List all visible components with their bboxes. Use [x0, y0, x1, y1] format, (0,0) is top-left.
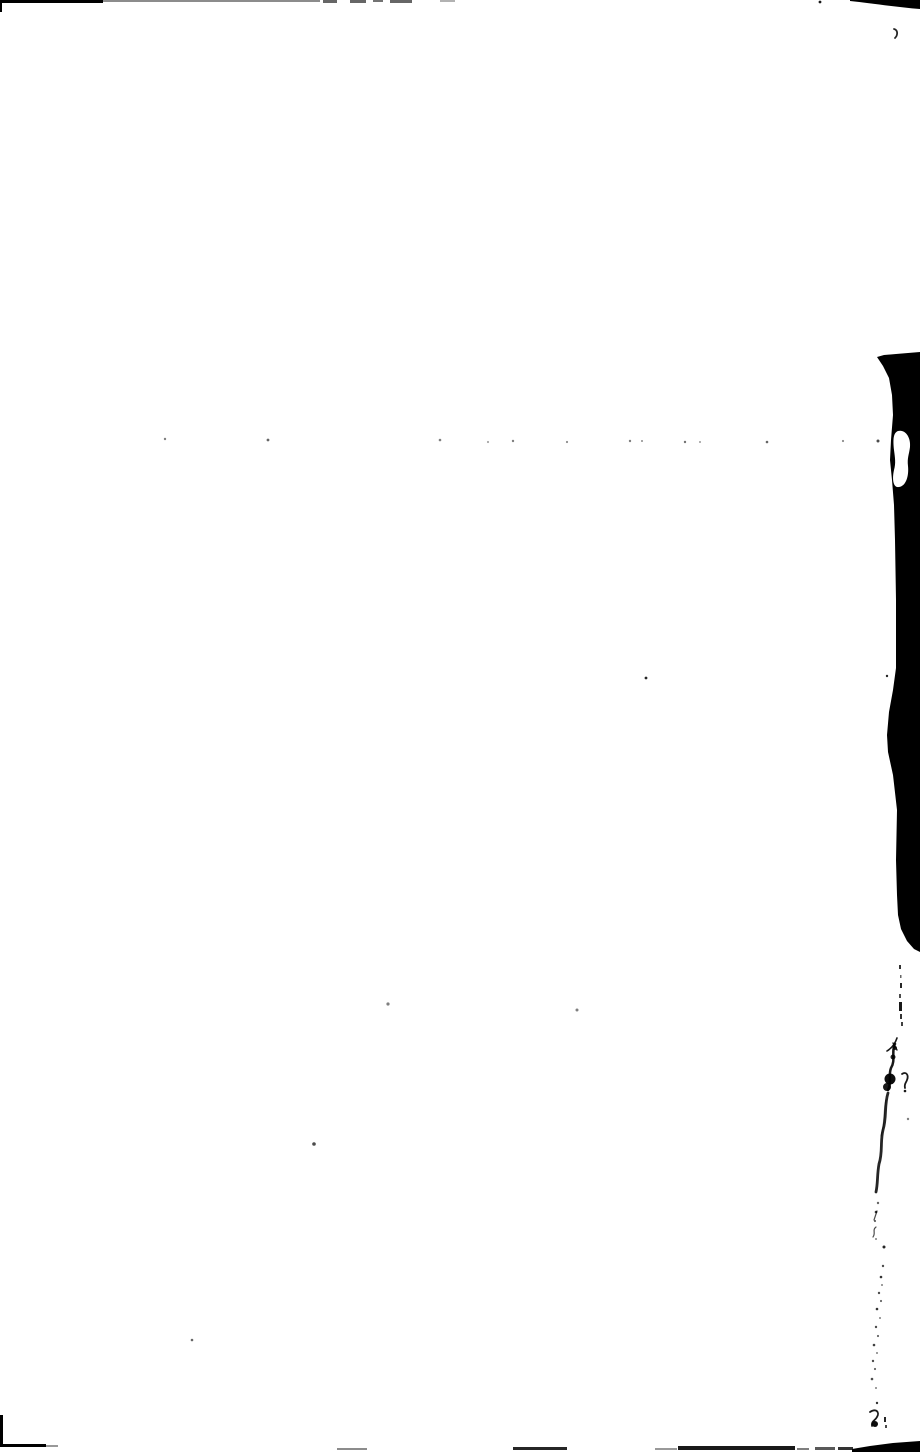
top-edge-artifacts — [0, 0, 920, 38]
right-edge-marks — [870, 965, 908, 1428]
right-binding-bar — [877, 352, 920, 952]
scan-artifacts-layer — [0, 0, 920, 1452]
left-edge-artifacts — [0, 0, 58, 1447]
ink-specks — [191, 675, 910, 1341]
scanned-page — [0, 0, 920, 1452]
dotted-rule — [164, 438, 880, 444]
bottom-edge-artifacts — [337, 1441, 920, 1452]
